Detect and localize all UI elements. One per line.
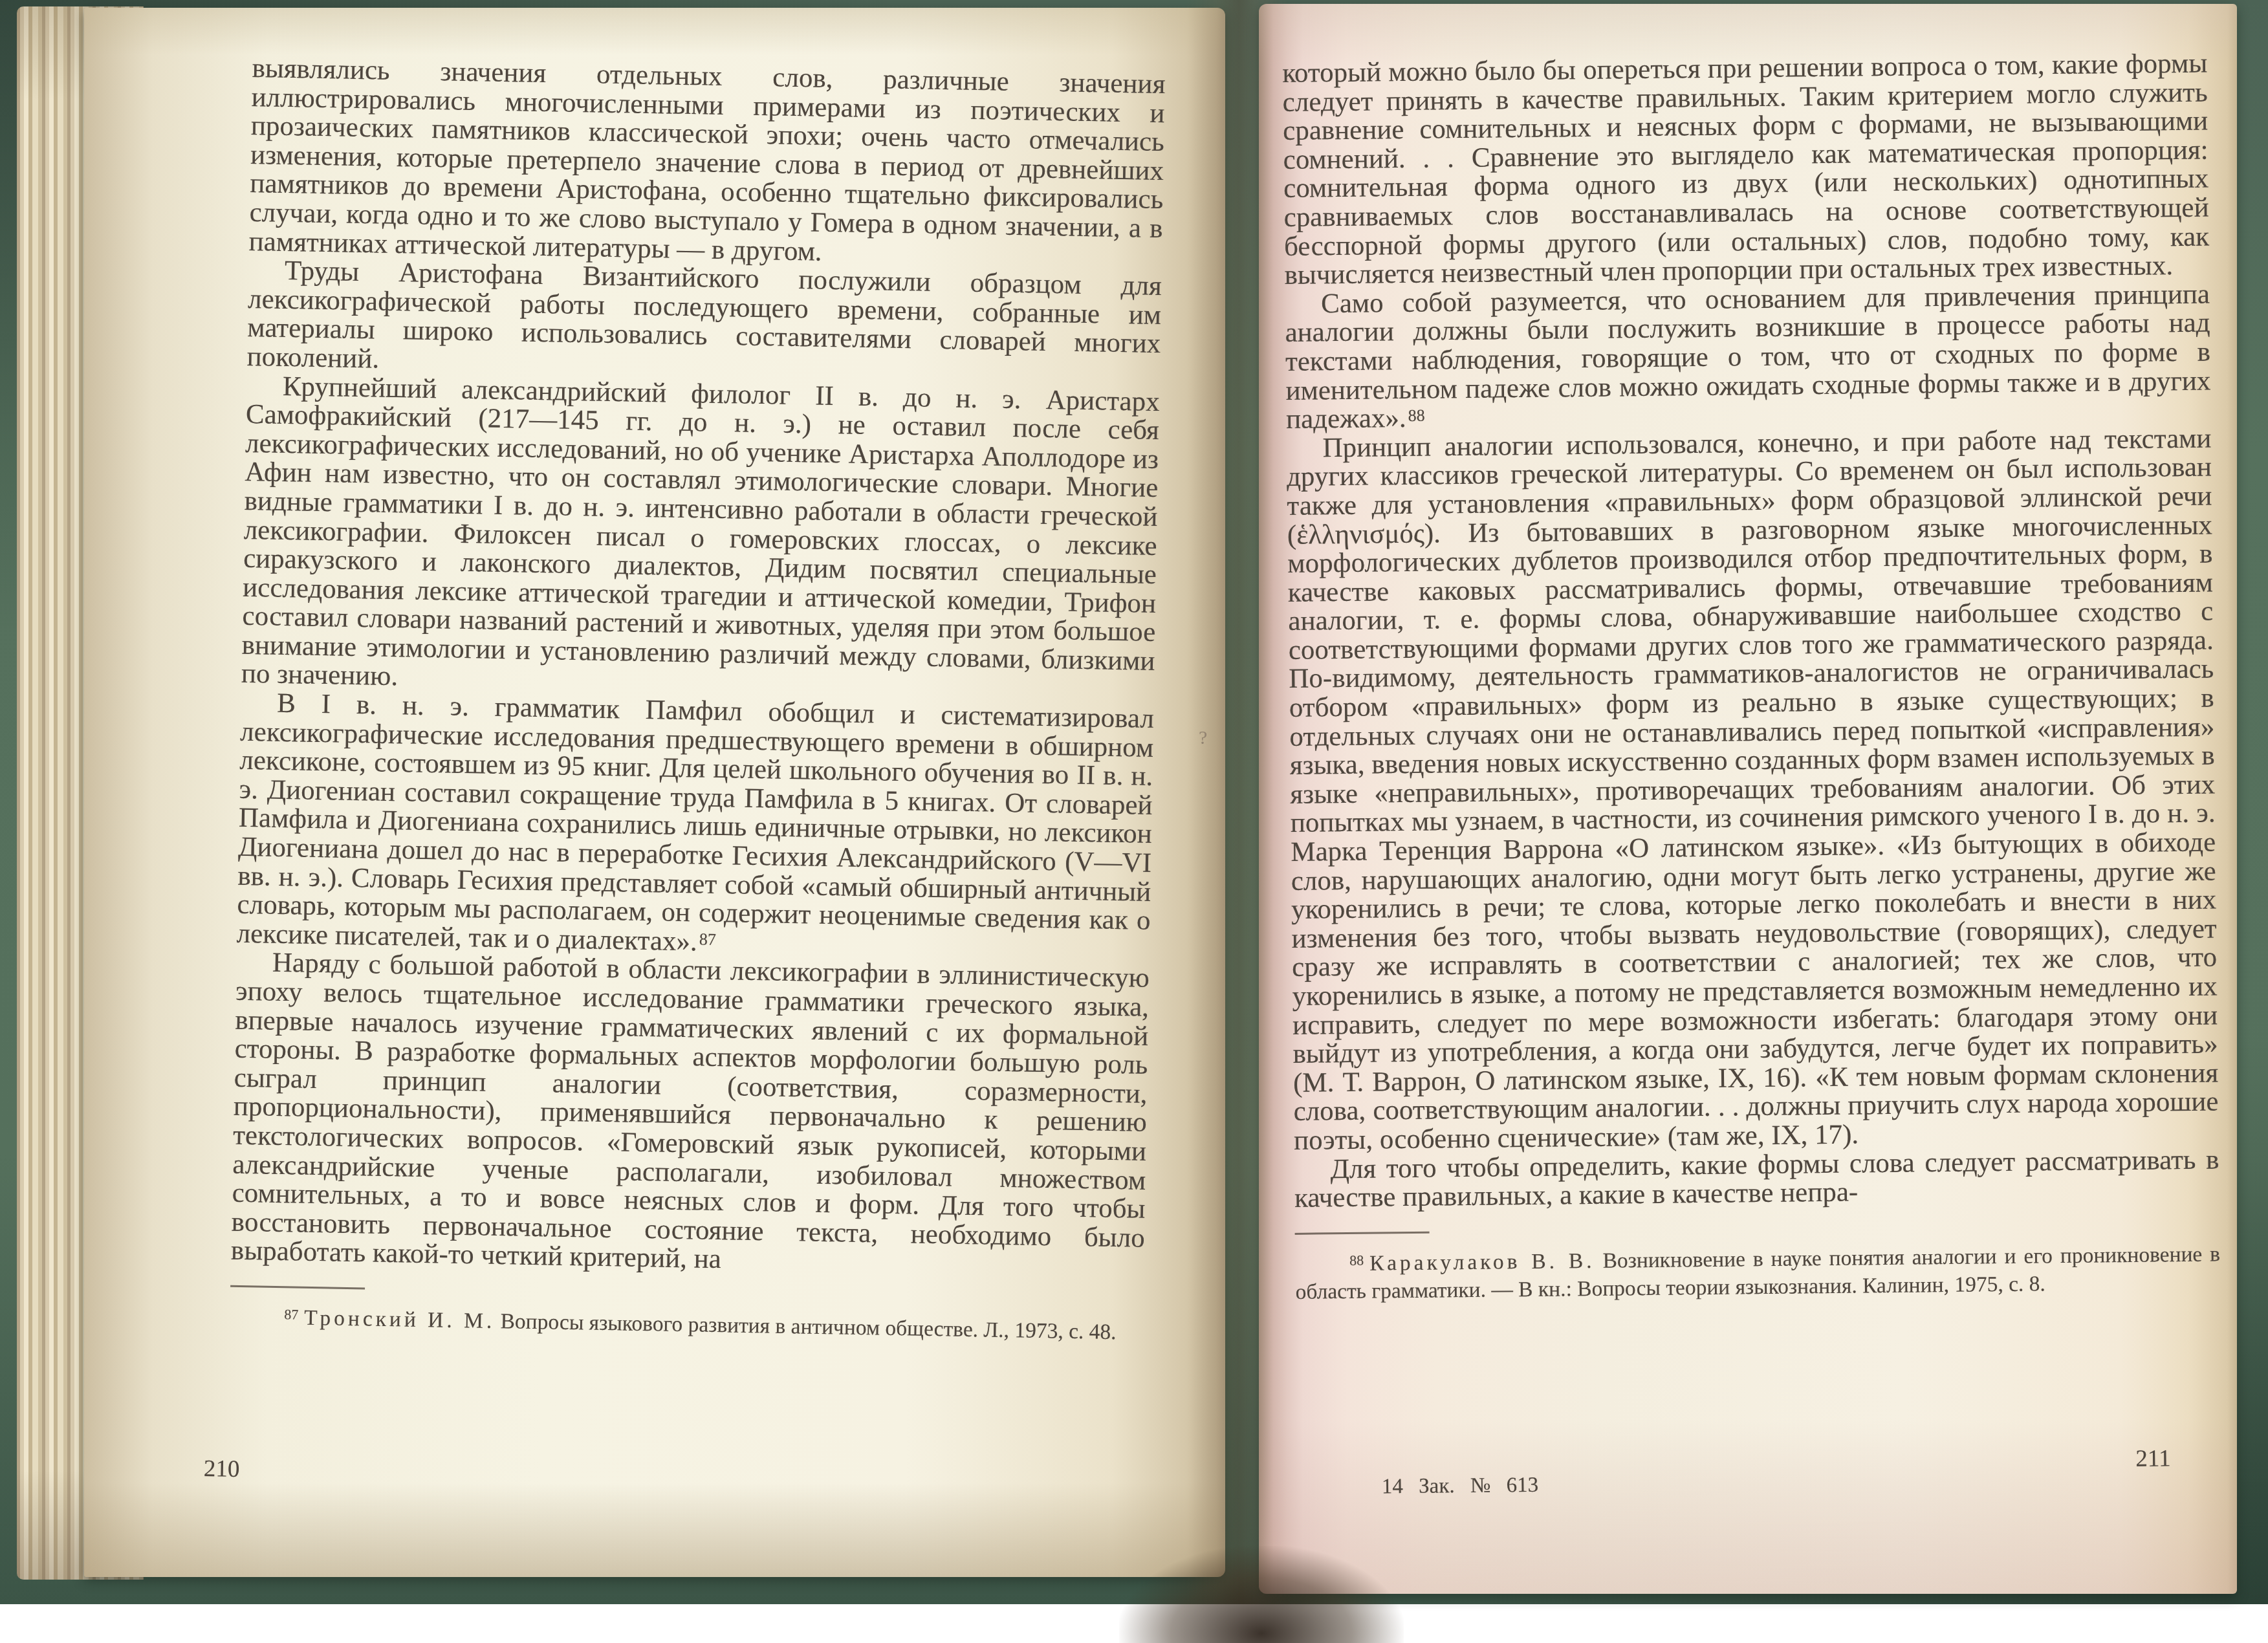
footnote: 88Каракулаков В. В. Возникновение в наук… <box>1295 1240 2221 1305</box>
footnote-reference: 88 <box>1408 406 1424 425</box>
paragraph: Крупнейший александрийский филолог II в.… <box>241 371 1161 705</box>
left-page-text: выявлялись значения отдельных слов, разл… <box>231 54 1166 1282</box>
right-footnotes: 88Каракулаков В. В. Возникновение в наук… <box>1295 1240 2221 1305</box>
book-gutter <box>1186 0 1287 1604</box>
page-number-left: 210 <box>204 1455 240 1483</box>
open-book-photo: выявлялись значения отдельных слов, разл… <box>0 0 2268 1604</box>
footnote-author: Тронский И. М. <box>304 1306 496 1333</box>
printers-mark: 14 Зак. № 613 <box>1382 1474 1539 1499</box>
left-page-content: выявлялись значения отдельных слов, разл… <box>230 54 1166 1347</box>
paragraph: выявлялись значения отдельных слов, разл… <box>248 54 1165 272</box>
gutter-shadow <box>1119 1546 1404 1604</box>
page-number-right: 211 <box>2135 1444 2171 1473</box>
footnote-marker: 87 <box>284 1306 298 1322</box>
paragraph: Принцип аналогии использовался, конечно,… <box>1286 424 2219 1155</box>
footnote-rule-left <box>230 1285 365 1290</box>
footnote-author: Каракулаков В. В. <box>1369 1249 1595 1276</box>
pencil-gutter-mark: ? <box>1199 727 1207 749</box>
paragraph: Для того чтобы определить, какие формы с… <box>1294 1146 2219 1213</box>
paragraph: В I в. н. э. грамматик Памфил обобщил и … <box>236 689 1154 964</box>
right-page-text: который можно было бы опереться при реше… <box>1282 50 2219 1213</box>
paragraph: который можно было бы опереться при реше… <box>1282 50 2210 290</box>
footnote-marker: 88 <box>1349 1252 1364 1268</box>
paragraph: Само собой разумеется, что основанием дл… <box>1285 280 2211 434</box>
right-page-content: который можно было бы опереться при реше… <box>1282 50 2221 1306</box>
paragraph: Труды Аристофана Византийского послужили… <box>246 256 1162 387</box>
footnote-rule-right <box>1295 1231 1430 1234</box>
paragraph: Наряду с большой работой в области лекси… <box>231 948 1150 1282</box>
footnote-reference: 87 <box>699 930 717 948</box>
